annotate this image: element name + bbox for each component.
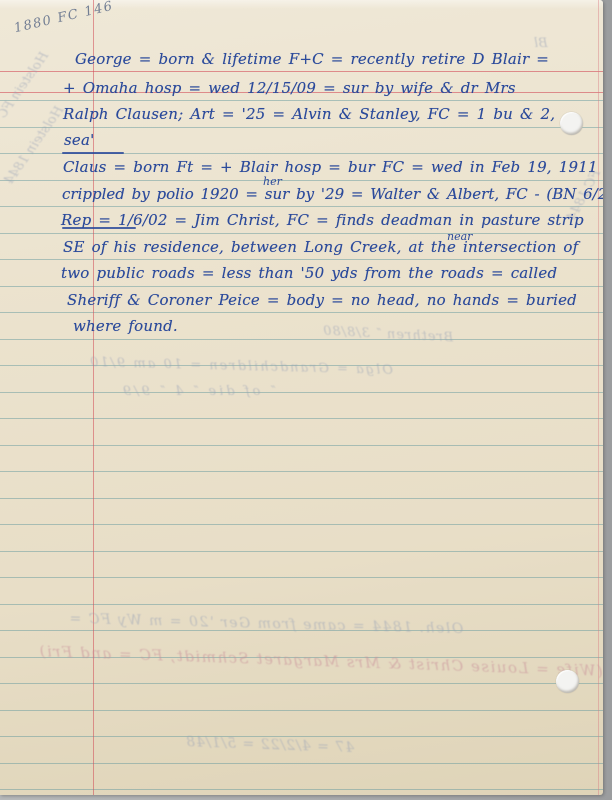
insertion-note: her <box>263 175 282 188</box>
bleed-through-text: Olga = Grandchildren = 10 am 9/10 <box>88 355 393 378</box>
scan-background: 1880 FC 146 Holstein FC Holstein 1844 Bl… <box>0 0 612 800</box>
ruled-line <box>0 736 603 737</box>
handwriting-line-1: George = born & lifetime F+C = recently … <box>75 50 549 68</box>
punch-hole <box>556 670 579 693</box>
header-rule-line <box>0 71 603 72</box>
handwriting-line-10: Sheriff & Coroner Peice = body = no head… <box>67 291 577 309</box>
corner-note: 1880 FC 146 <box>13 0 115 36</box>
ruled-line <box>0 233 603 234</box>
ink-underline <box>62 152 124 154</box>
handwriting-line-9: two public roads = less than '50 yds fro… <box>61 264 557 282</box>
notebook-page: 1880 FC 146 Holstein FC Holstein 1844 Bl… <box>0 0 603 795</box>
handwriting-line-8: SE of his residence, between Long Creek,… <box>63 238 578 256</box>
ruled-line <box>0 339 603 340</box>
ruled-line <box>0 392 603 393</box>
handwriting-line-2: + Omaha hosp = wed 12/15/09 = sur by wif… <box>63 79 516 97</box>
ruled-line <box>0 445 603 446</box>
ruled-line <box>0 498 603 499</box>
ruled-line <box>0 471 603 472</box>
ruled-line <box>0 524 603 525</box>
ruled-line <box>0 789 603 790</box>
handwriting-line-3: Ralph Clausen; Art = '25 = Alvin & Stanl… <box>63 105 555 123</box>
ruled-line <box>0 312 603 313</box>
ruled-line <box>0 286 603 287</box>
bleed-through-text: Oleh. 1844 = came from Ger '20 = m Wy FC… <box>68 611 464 637</box>
ink-underline <box>62 227 136 229</box>
handwriting-line-11: where found. <box>73 317 178 335</box>
bleed-through-text: Holstein FC <box>0 49 52 122</box>
ruled-line <box>0 259 603 260</box>
ruled-line <box>0 418 603 419</box>
handwriting-line-7: Rep = 1/6/02 = Jim Christ, FC = finds de… <box>61 211 584 229</box>
ruled-line <box>0 180 603 181</box>
insertion-note: near <box>447 230 472 243</box>
ruled-line <box>0 763 603 764</box>
ruled-line <box>0 551 603 552</box>
bleed-through-text: (Wife = Louise Christ & Mrs Margaret Sch… <box>38 642 603 680</box>
bleed-through-text: Brethren ″ 3/8/80 <box>322 324 454 346</box>
punch-hole <box>560 112 583 135</box>
ruled-line <box>0 604 603 605</box>
ruled-line <box>0 206 603 207</box>
ruled-line <box>0 710 603 711</box>
handwriting-line-4: sea' <box>64 131 94 149</box>
ruled-line <box>0 683 603 684</box>
handwriting-line-5: Claus = born Ft = + Blair hosp = bur FC … <box>63 158 603 176</box>
handwriting-line-6: crippled by polio 1920 = sur by '29 = Wa… <box>62 185 603 203</box>
bleed-through-text: Holstein 1844 <box>2 103 67 188</box>
bleed-through-text: Bl <box>534 36 548 51</box>
ruled-line <box>0 100 603 101</box>
bleed-through-text: 47 = 4/2/22 = 5/1/48 <box>185 734 355 756</box>
bleed-through-text: ″ of die ″ 4 ″ 9/9 <box>120 384 275 399</box>
ruled-line <box>0 127 603 128</box>
ruled-line <box>0 577 603 578</box>
